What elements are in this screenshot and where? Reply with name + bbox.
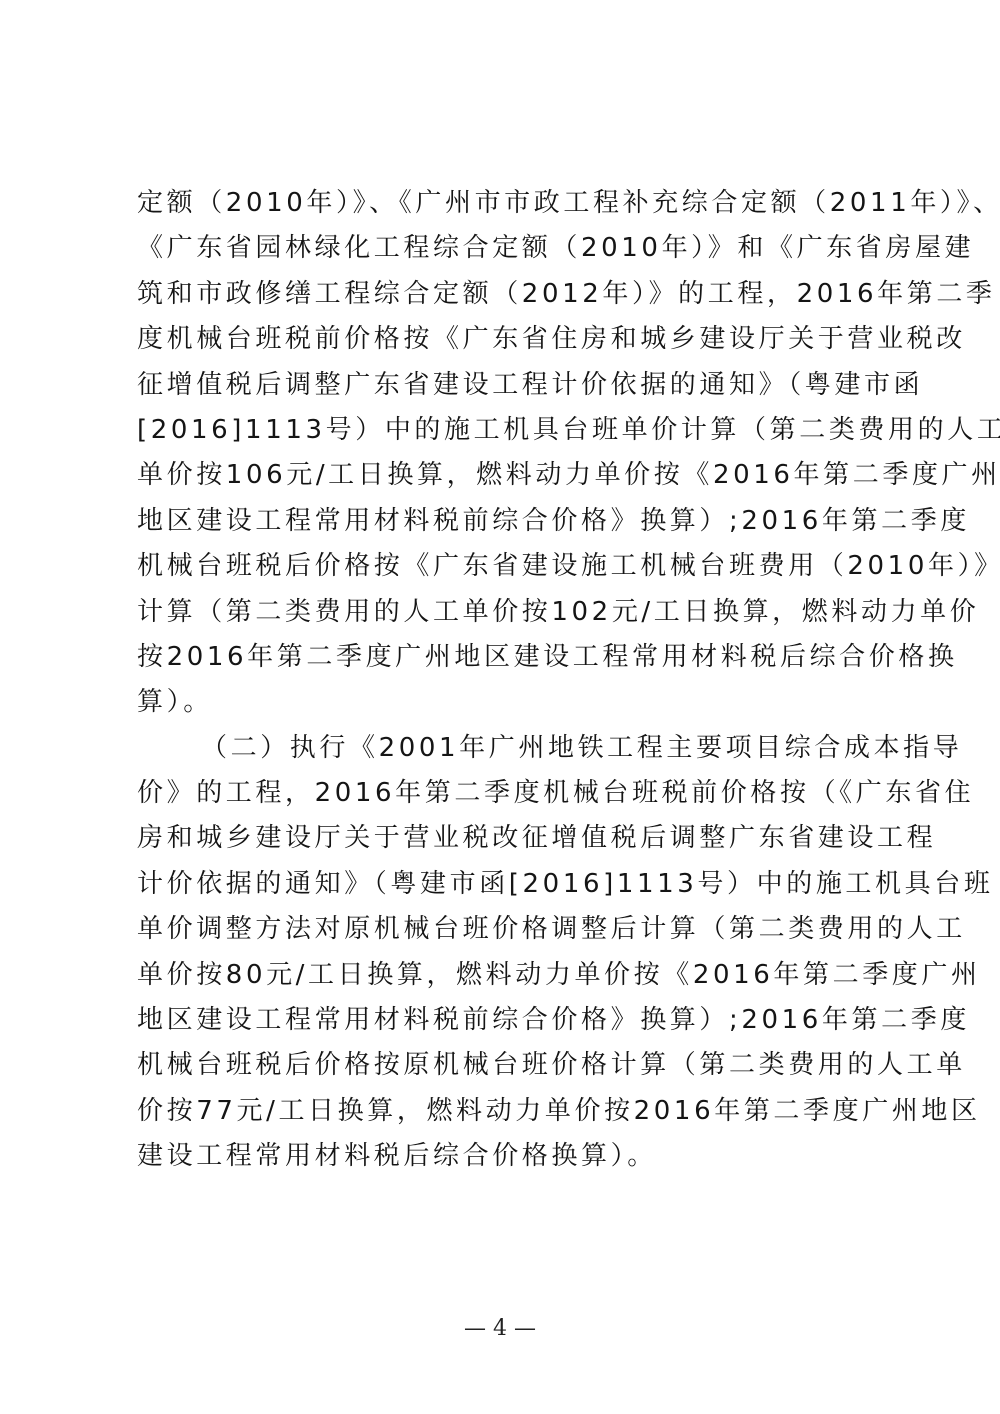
text-line: 地区建设工程常用材料税前综合价格》换算）;2016年第二季度 xyxy=(137,998,879,1043)
text-line: 价》的工程，2016年第二季度机械台班税前价格按（《广东省住 xyxy=(137,771,879,816)
text-line: 建设工程常用材料税后综合价格换算）。 xyxy=(137,1134,879,1179)
text-line: 度机械台班税前价格按《广东省住房和城乡建设厅关于营业税改 xyxy=(137,317,879,362)
text-line: 房和城乡建设厅关于营业税改征增值税后调整广东省建设工程 xyxy=(137,816,879,861)
text-line: 算）。 xyxy=(137,680,879,725)
text-line: 筑和市政修缮工程综合定额（2012年）》的工程，2016年第二季 xyxy=(137,272,879,317)
text-line: 单价按106元/工日换算，燃料动力单价按《2016年第二季度广州 xyxy=(137,453,879,498)
text-line: 《广东省园林绿化工程综合定额（2010年）》和《广东省房屋建 xyxy=(137,226,879,271)
document-page: 定额（2010年）》、《广州市市政工程补充综合定额（2011年）》、 《广东省园… xyxy=(0,0,1000,1414)
text-line: 机械台班税后价格按《广东省建设施工机械台班费用（2010年）》 xyxy=(137,544,879,589)
paragraph-continuation: 定额（2010年）》、《广州市市政工程补充综合定额（2011年）》、 《广东省园… xyxy=(137,181,879,726)
text-line: 计价依据的通知》（粤建市函[2016]1113号）中的施工机具台班 xyxy=(137,862,879,907)
text-line: 地区建设工程常用材料税前综合价格》换算）;2016年第二季度 xyxy=(137,499,879,544)
text-line: 征增值税后调整广东省建设工程计价依据的通知》（粤建市函 xyxy=(137,363,879,408)
text-line: 计算（第二类费用的人工单价按102元/工日换算，燃料动力单价 xyxy=(137,590,879,635)
text-line: 单价调整方法对原机械台班价格调整后计算（第二类费用的人工 xyxy=(137,907,879,952)
text-line: [2016]1113号）中的施工机具台班单价计算（第二类费用的人工 xyxy=(137,408,879,453)
section-heading-line: （二）执行《2001年广州地铁工程主要项目综合成本指导 xyxy=(137,726,879,771)
document-body: 定额（2010年）》、《广州市市政工程补充综合定额（2011年）》、 《广东省园… xyxy=(137,181,879,1180)
paragraph-section-2: （二）执行《2001年广州地铁工程主要项目综合成本指导 价》的工程，2016年第… xyxy=(137,726,879,1180)
text-line: 机械台班税后价格按原机械台班价格计算（第二类费用的人工单 xyxy=(137,1043,879,1088)
page-number: — 4 — xyxy=(0,1316,1000,1341)
text-line: 定额（2010年）》、《广州市市政工程补充综合定额（2011年）》、 xyxy=(137,181,879,226)
text-line: 单价按80元/工日换算，燃料动力单价按《2016年第二季度广州 xyxy=(137,953,879,998)
text-line: 价按77元/工日换算，燃料动力单价按2016年第二季度广州地区 xyxy=(137,1089,879,1134)
text-line: 按2016年第二季度广州地区建设工程常用材料税后综合价格换 xyxy=(137,635,879,680)
